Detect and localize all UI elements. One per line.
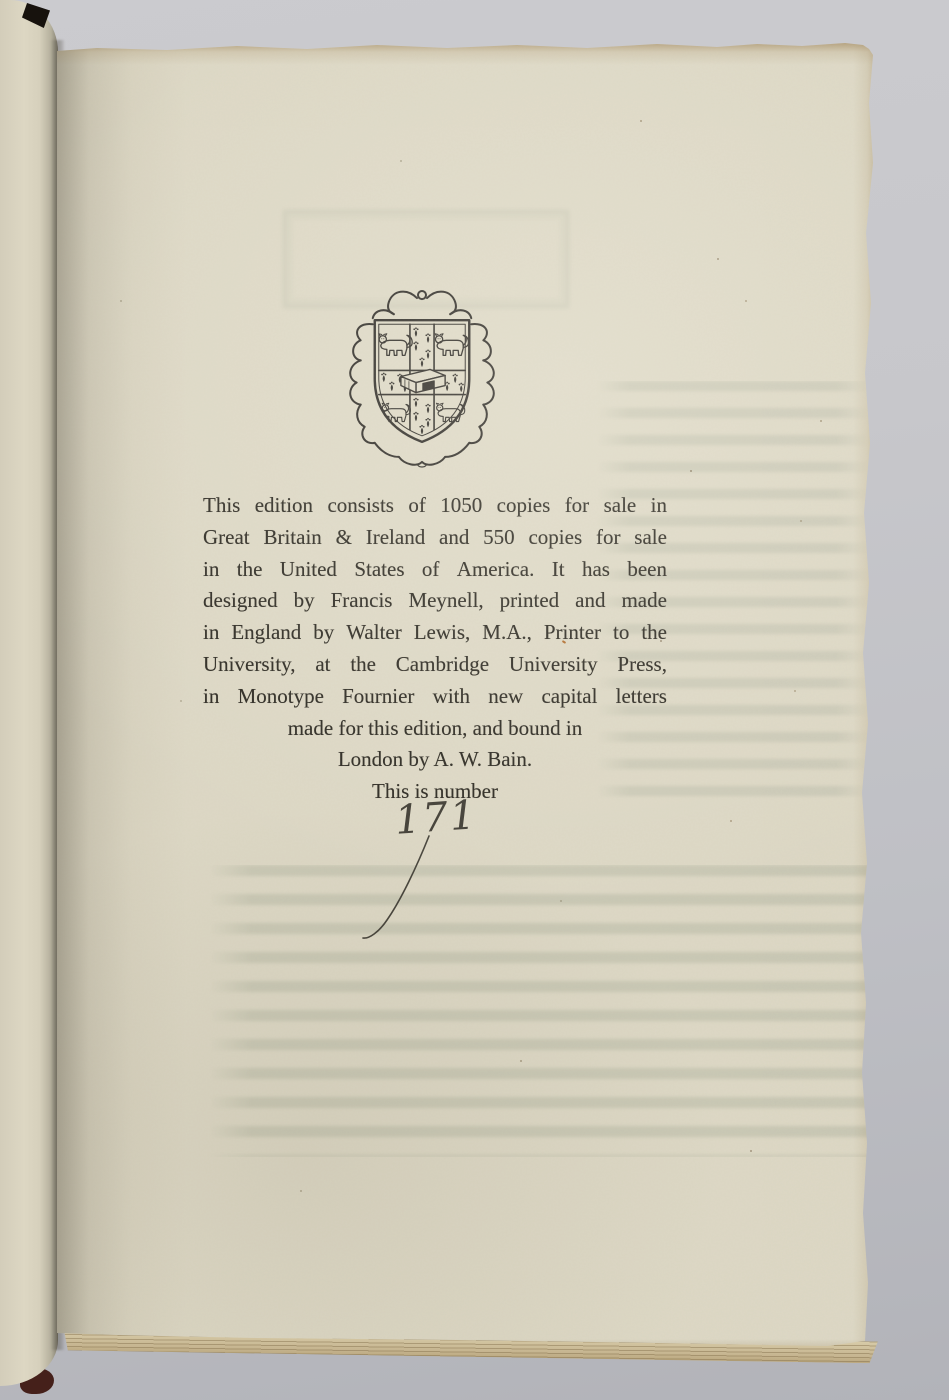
colophon-line-7: inMonotypeFournierwithnewcapitalletters — [203, 681, 667, 713]
showthrough-text-lower — [209, 865, 921, 1157]
colophon-line-4: designedbyFrancisMeynell,printedandmade — [203, 585, 667, 617]
colophon-line-9: London by A. W. Bain. — [203, 744, 667, 776]
limitation-page: Thiseditionconsistsof1050copiesforsalein… — [57, 43, 879, 1353]
colophon-line-5: inEnglandbyWalterLewis,M.A.,Printertothe — [203, 617, 667, 649]
colophon-line-1: Thiseditionconsistsof1050copiesforsalein — [203, 490, 667, 522]
pen-flourish — [337, 818, 467, 963]
colophon-line-3: intheUnitedStatesofAmerica.Ithasbeen — [203, 554, 667, 586]
colophon-line-2: GreatBritain&Irelandand550copiesforsale — [203, 522, 667, 554]
crest-ring-icon — [418, 291, 426, 299]
colophon-line-6: University,attheCambridgeUniversityPress… — [203, 649, 667, 681]
colophon-line-8: made for this edition, and bound in — [203, 713, 667, 745]
closed-book-icon — [401, 369, 445, 392]
colophon-text-block: Thiseditionconsistsof1050copiesforsalein… — [203, 490, 667, 808]
book-photograph: Thiseditionconsistsof1050copiesforsalein… — [0, 0, 949, 1400]
cambridge-arms-emblem — [336, 284, 508, 470]
